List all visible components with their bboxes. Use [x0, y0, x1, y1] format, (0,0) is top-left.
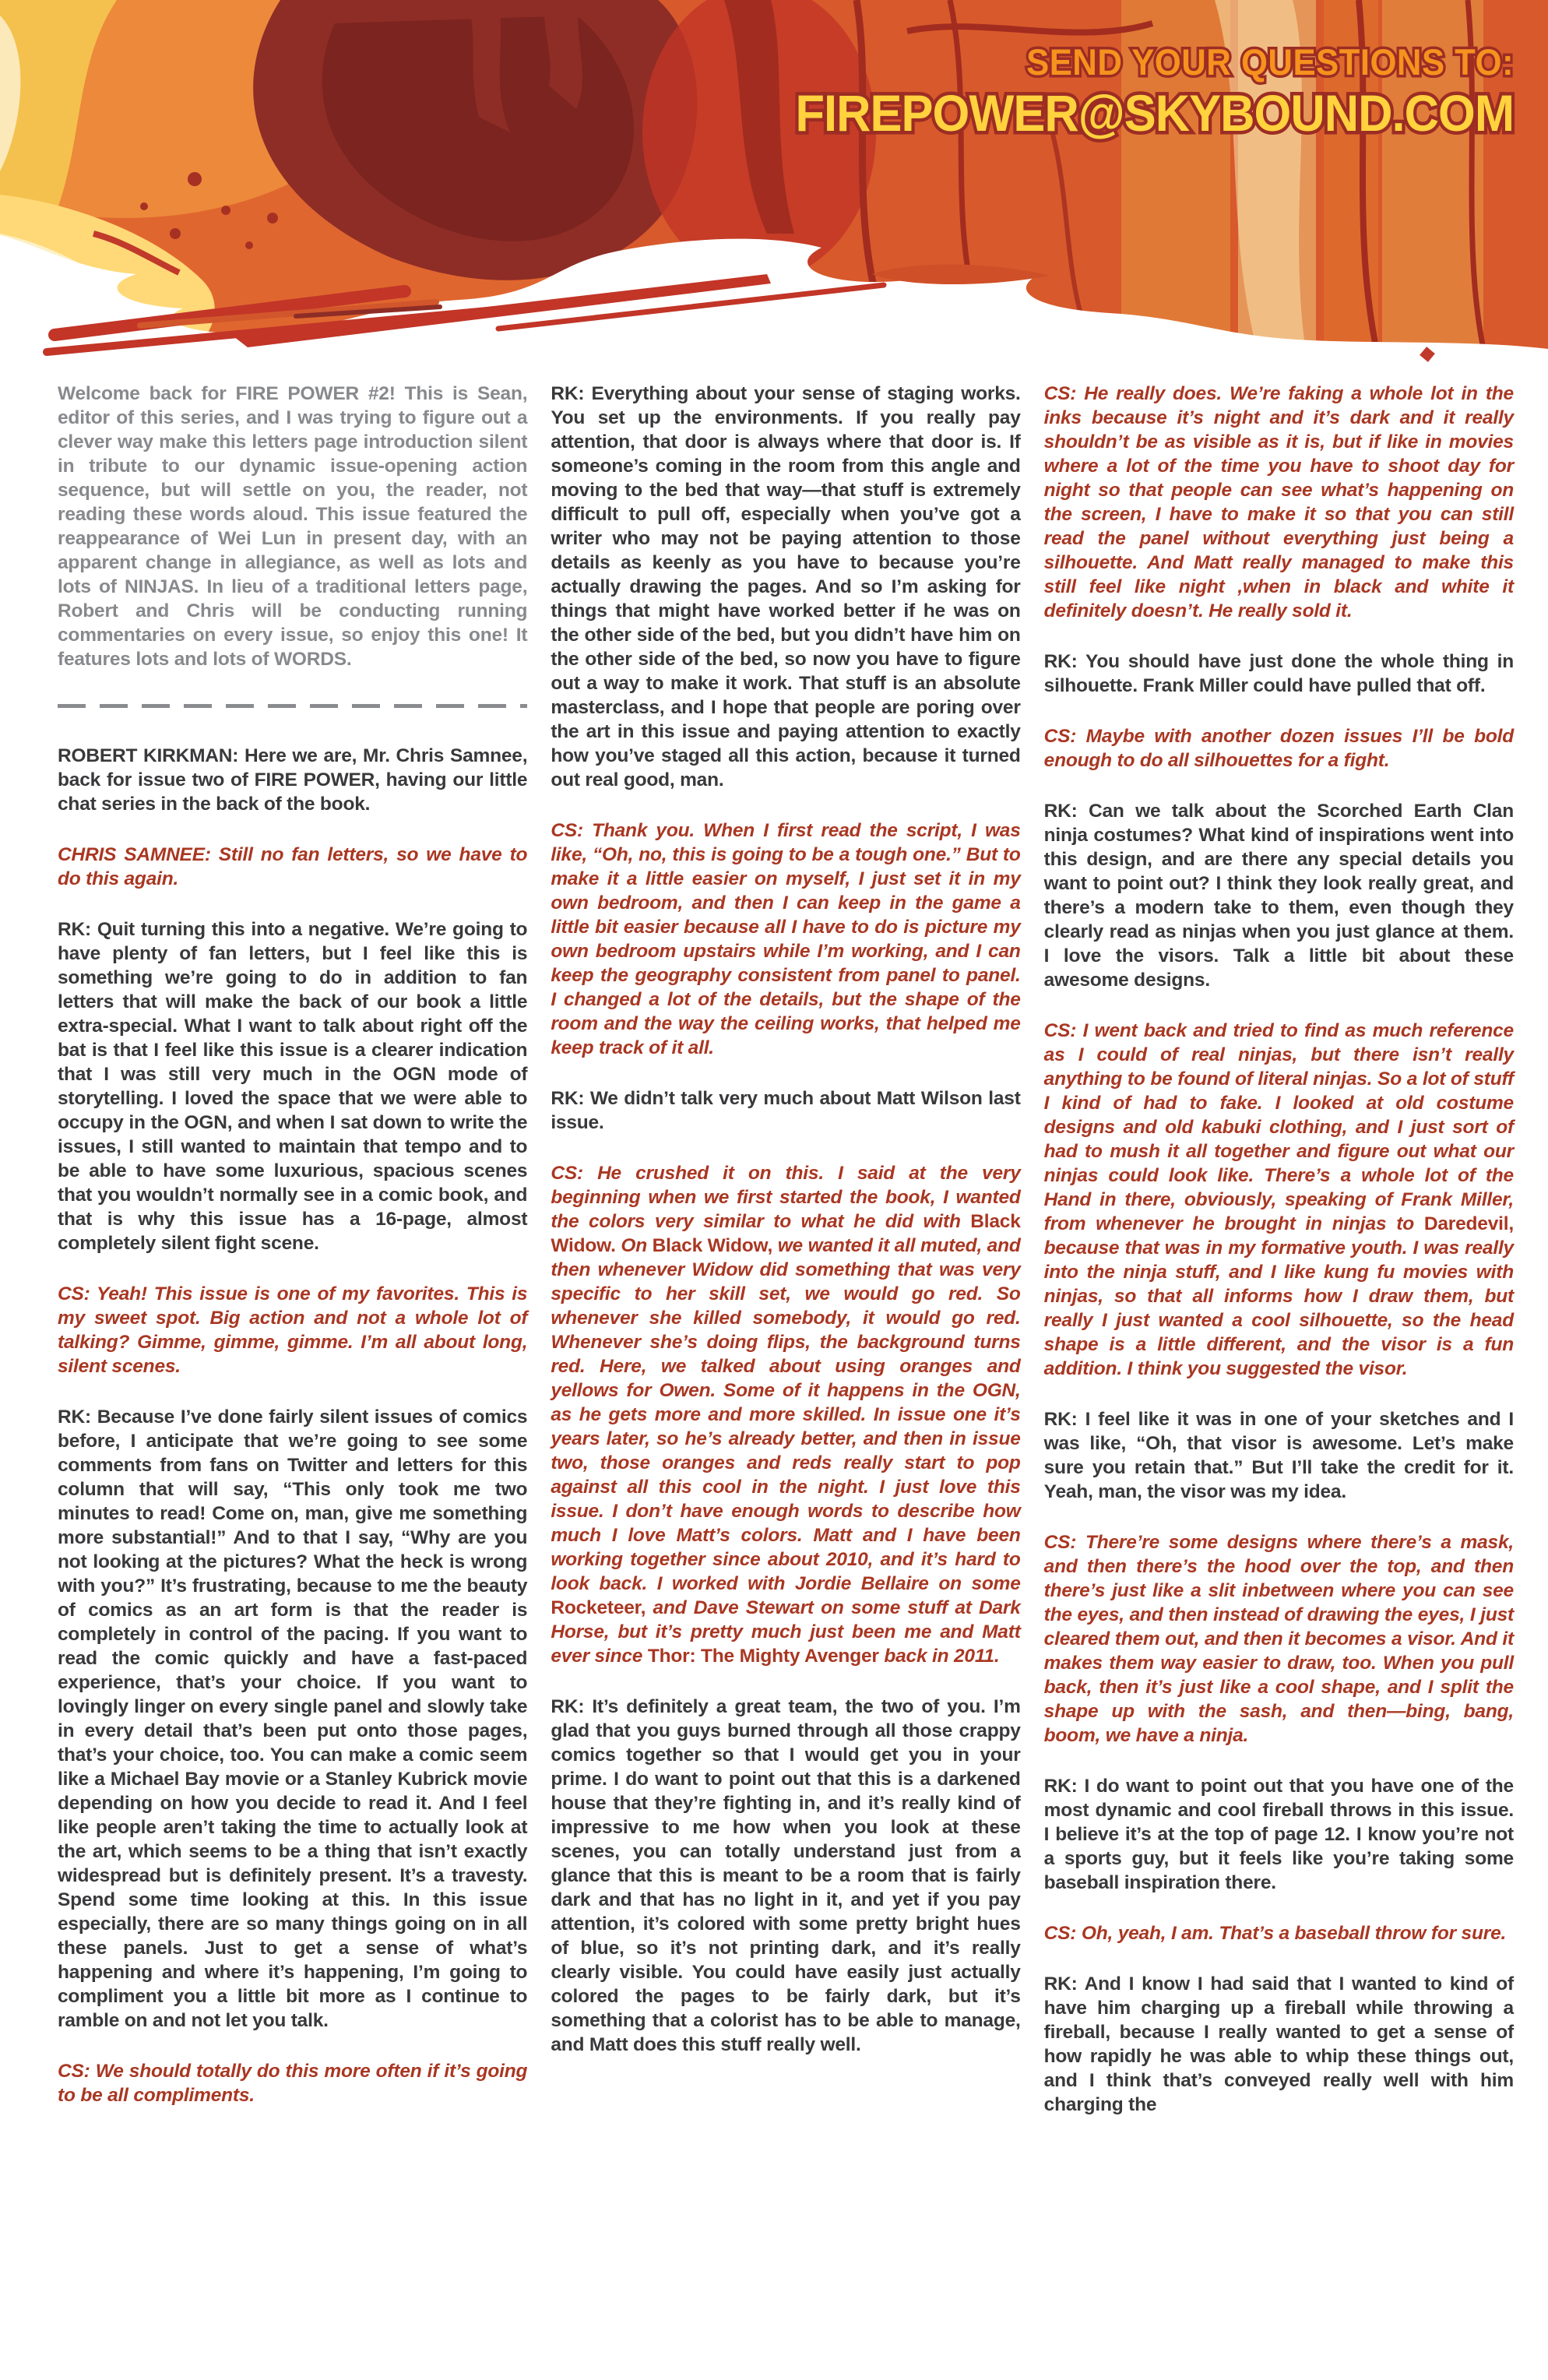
dashed-divider: [58, 704, 527, 708]
paragraph-text: CS: There’re some designs where there’s …: [1044, 1532, 1514, 1746]
samnee-paragraph: CS: Oh, yeah, I am. That’s a baseball th…: [1044, 1921, 1514, 1945]
kirkman-paragraph: RK: It’s definitely a great team, the tw…: [551, 1695, 1020, 2057]
paragraph-text: because that was in my formative youth. …: [1044, 1238, 1514, 1379]
letters-page-body: Welcome back for FIRE POWER #2! This is …: [0, 366, 1548, 2143]
paragraph-text: On: [616, 1235, 653, 1256]
kirkman-paragraph: RK: Quit turning this into a negative. W…: [58, 917, 527, 1255]
samnee-paragraph: CHRIS SAMNEE: Still no fan letters, so w…: [58, 843, 527, 891]
editor-intro-paragraph: Welcome back for FIRE POWER #2! This is …: [58, 382, 527, 671]
kirkman-paragraph: RK: We didn’t talk very much about Matt …: [551, 1086, 1020, 1135]
paragraph-text: CS: Yeah! This issue is one of my favori…: [58, 1283, 527, 1377]
paragraph-text: CS: I went back and tried to find as muc…: [1044, 1020, 1514, 1234]
paragraph-text: CHRIS SAMNEE: Still no fan letters, so w…: [58, 844, 527, 889]
samnee-paragraph: CS: Maybe with another dozen issues I’ll…: [1044, 724, 1514, 773]
kirkman-paragraph: RK: I do want to point out that you have…: [1044, 1774, 1514, 1895]
questions-banner: SEND YOUR QUESTIONS TO: FIREPOWER@SKYBOU…: [795, 44, 1514, 139]
kirkman-paragraph: RK: Everything about your sense of stagi…: [551, 382, 1020, 792]
paragraph-text: Welcome back for FIRE POWER #2! This is …: [58, 383, 527, 670]
paragraph-text: RK: Can we talk about the Scorched Earth…: [1044, 801, 1514, 991]
samnee-paragraph: CS: Thank you. When I first read the scr…: [551, 819, 1020, 1060]
paragraph-text: RK: Because I’ve done fairly silent issu…: [58, 1407, 527, 2031]
column-left: Welcome back for FIRE POWER #2! This is …: [58, 382, 527, 2143]
paragraph-text: RK: It’s definitely a great team, the tw…: [551, 1696, 1020, 2055]
paragraph-text: CS: He really does. We’re faking a whole…: [1044, 383, 1514, 621]
kirkman-paragraph: RK: And I know I had said that I wanted …: [1044, 1972, 1514, 2117]
kirkman-paragraph: ROBERT KIRKMAN: Here we are, Mr. Chris S…: [58, 744, 527, 816]
paragraph-text: RK: Quit turning this into a negative. W…: [58, 919, 527, 1254]
title-name-text: Daredevil,: [1424, 1213, 1514, 1234]
paragraph-text: RK: And I know I had said that I wanted …: [1044, 1973, 1514, 2115]
samnee-paragraph: CS: He crushed it on this. I said at the…: [551, 1161, 1020, 1668]
paragraph-text: RK: We didn’t talk very much about Matt …: [551, 1088, 1020, 1133]
header-art: SEND YOUR QUESTIONS TO: FIREPOWER@SKYBOU…: [0, 0, 1548, 366]
title-name-text: Rocketeer,: [551, 1597, 646, 1618]
samnee-paragraph: CS: I went back and tried to find as muc…: [1044, 1019, 1514, 1381]
kirkman-paragraph: RK: Can we talk about the Scorched Earth…: [1044, 799, 1514, 992]
paragraph-text: we wanted it all muted, and then wheneve…: [551, 1235, 1020, 1594]
banner-email-address: FIREPOWER@SKYBOUND.COM: [795, 87, 1514, 139]
paragraph-text: RK: Everything about your sense of stagi…: [551, 383, 1020, 790]
paragraph-text: CS: Oh, yeah, I am. That’s a baseball th…: [1044, 1923, 1506, 1944]
paragraph-text: CS: He crushed it on this. I said at the…: [551, 1163, 1020, 1232]
samnee-paragraph: CS: There’re some designs where there’s …: [1044, 1530, 1514, 1748]
kirkman-paragraph: RK: I feel like it was in one of your sk…: [1044, 1407, 1514, 1504]
column-right: CS: He really does. We’re faking a whole…: [1044, 382, 1514, 2143]
kirkman-paragraph: RK: You should have just done the whole …: [1044, 650, 1514, 698]
paragraph-text: CS: Thank you. When I first read the scr…: [551, 820, 1020, 1058]
paragraph-text: RK: I feel like it was in one of your sk…: [1044, 1409, 1514, 1502]
paragraph-text: CS: We should totally do this more often…: [58, 2061, 527, 2106]
paragraph-text: RK: You should have just done the whole …: [1044, 651, 1514, 696]
title-name-text: Thor: The Mighty Avenger: [648, 1646, 879, 1667]
paragraph-text: ROBERT KIRKMAN: Here we are, Mr. Chris S…: [58, 745, 527, 815]
paragraph-text: back in 2011.: [879, 1646, 1000, 1667]
paragraph-text: CS: Maybe with another dozen issues I’ll…: [1044, 726, 1514, 771]
column-center: RK: Everything about your sense of stagi…: [551, 382, 1020, 2143]
kirkman-paragraph: RK: Because I’ve done fairly silent issu…: [58, 1405, 527, 2033]
banner-kicker: SEND YOUR QUESTIONS TO:: [795, 44, 1514, 81]
samnee-paragraph: CS: We should totally do this more often…: [58, 2059, 527, 2107]
title-name-text: Black Widow,: [653, 1235, 772, 1256]
paragraph-text: RK: I do want to point out that you have…: [1044, 1776, 1514, 1893]
samnee-paragraph: CS: He really does. We’re faking a whole…: [1044, 382, 1514, 623]
samnee-paragraph: CS: Yeah! This issue is one of my favori…: [58, 1282, 527, 1378]
